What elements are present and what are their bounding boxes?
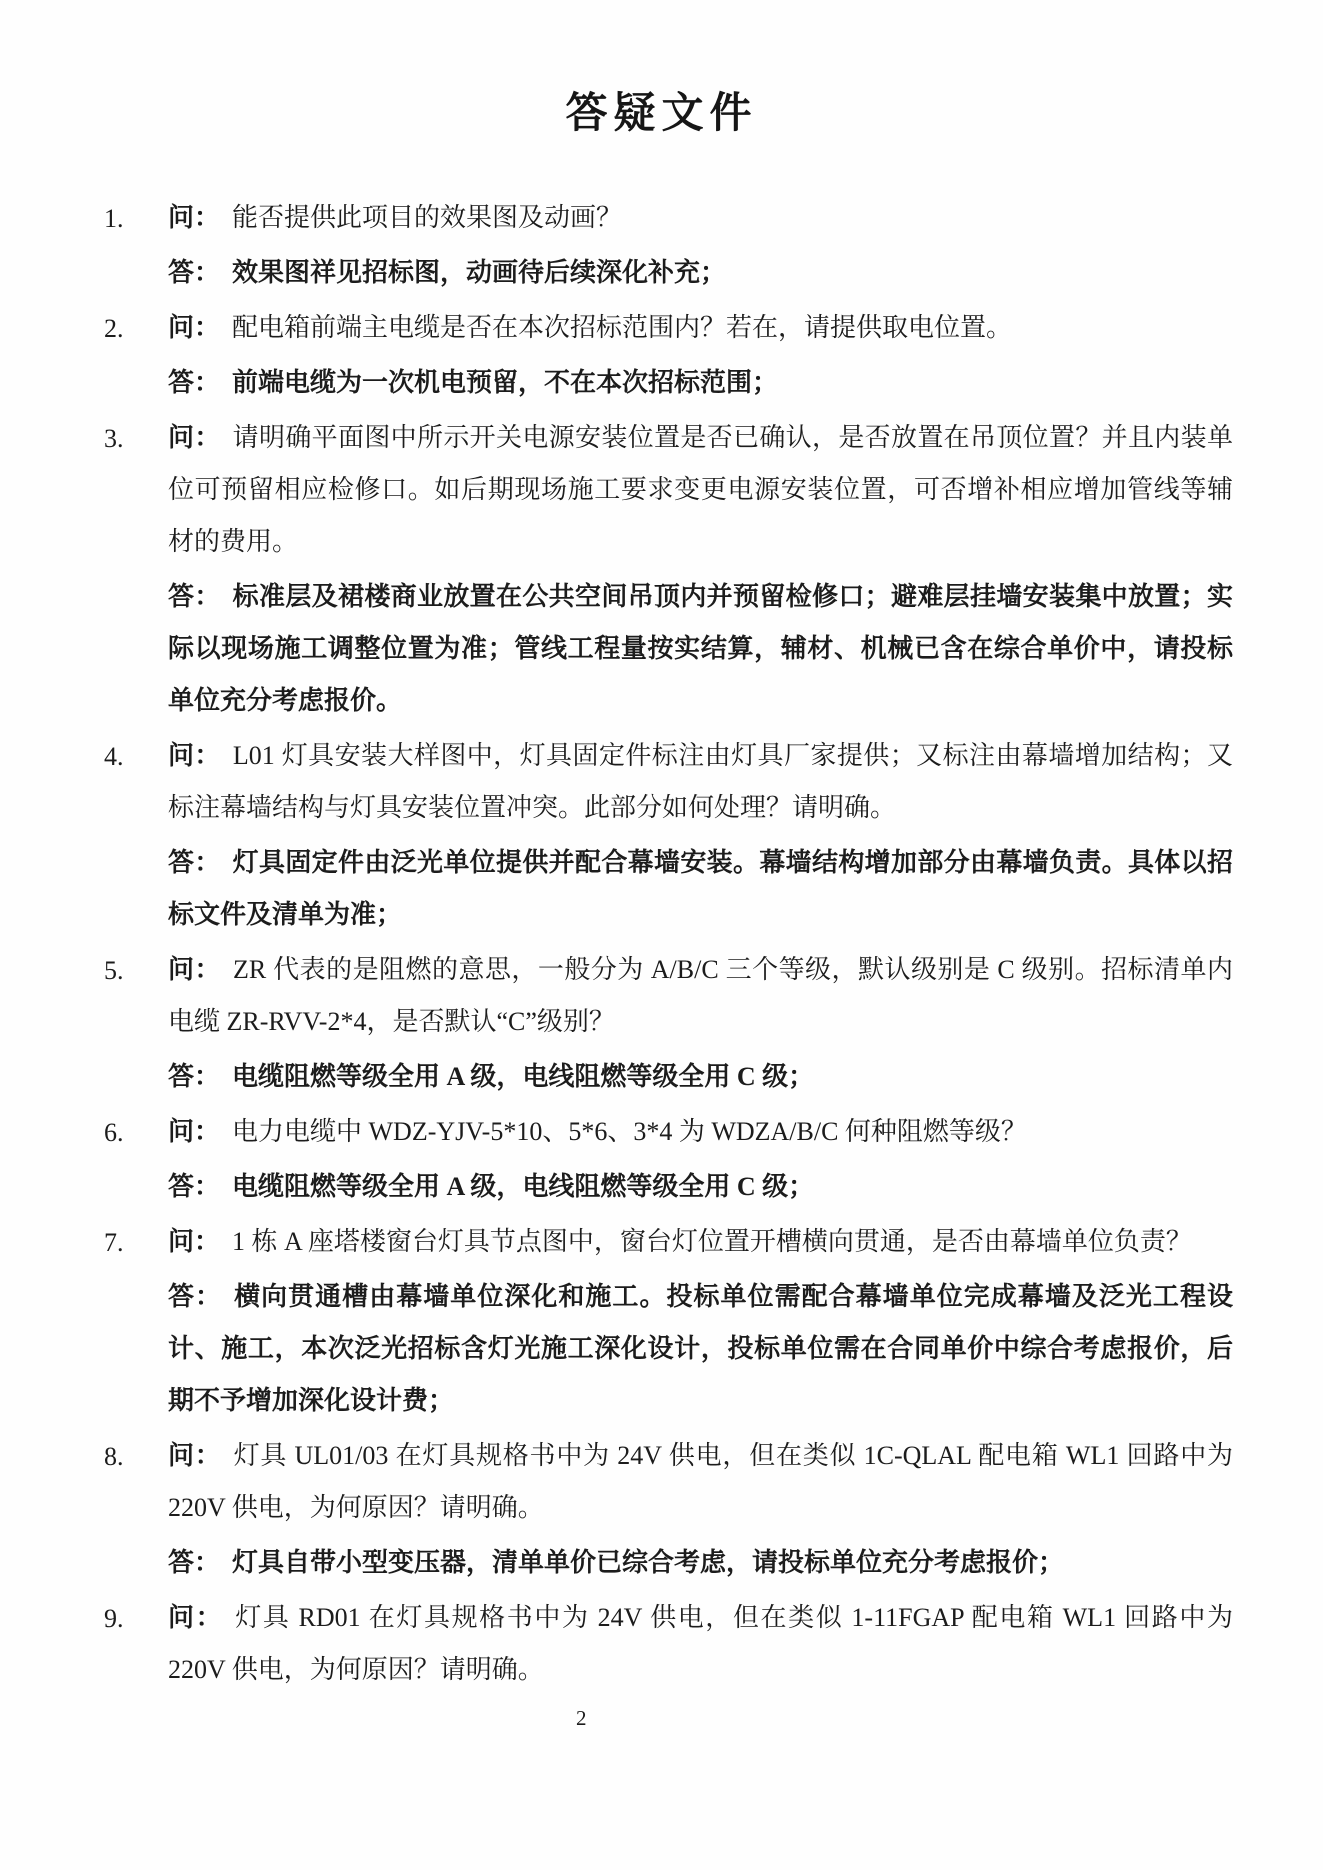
question-paragraph: 问：电力电缆中 WDZ-YJV-5*10、5*6、3*4 为 WDZA/B/C … xyxy=(168,1106,1233,1158)
answer-label: 答： xyxy=(168,368,220,397)
answer-label: 答： xyxy=(168,258,220,287)
page-footer: 2 xyxy=(576,1706,587,1731)
item-number: 1. xyxy=(104,192,168,245)
question-text: 配电箱前端主电缆是否在本次招标范围内？若在，请提供取电位置。 xyxy=(232,313,1012,342)
answer-label: 答： xyxy=(168,1282,222,1311)
question-paragraph: 问：灯具 RD01 在灯具规格书中为 24V 供电，但在类似 1-11FGAP … xyxy=(168,1592,1233,1696)
question-paragraph: 问：请明确平面图中所示开关电源安装位置是否已确认，是否放置在吊顶位置？并且内装单… xyxy=(168,412,1233,568)
answer-text: 前端电缆为一次机电预留，不在本次招标范围； xyxy=(232,368,778,397)
item-number: 2. xyxy=(104,302,168,355)
item-number: 3. xyxy=(104,412,168,465)
qa-item: 5. 问：ZR 代表的是阻燃的意思，一般分为 A/B/C 三个等级，默认级别是 … xyxy=(104,944,1233,1106)
qa-item: 2. 问：配电箱前端主电缆是否在本次招标范围内？若在，请提供取电位置。 答：前端… xyxy=(104,302,1233,412)
question-text: 灯具 RD01 在灯具规格书中为 24V 供电，但在类似 1-11FGAP 配电… xyxy=(168,1603,1233,1684)
item-number: 8. xyxy=(104,1430,168,1483)
question-label: 问： xyxy=(168,313,220,342)
qa-item: 8. 问：灯具 UL01/03 在灯具规格书中为 24V 供电，但在类似 1C-… xyxy=(104,1430,1233,1592)
item-number: 4. xyxy=(104,730,168,783)
question-text: 能否提供此项目的效果图及动画？ xyxy=(232,203,622,232)
item-body: 问：请明确平面图中所示开关电源安装位置是否已确认，是否放置在吊顶位置？并且内装单… xyxy=(168,412,1233,730)
question-text: 请明确平面图中所示开关电源安装位置是否已确认，是否放置在吊顶位置？并且内装单位可… xyxy=(168,423,1233,556)
question-paragraph: 问：L01 灯具安装大样图中，灯具固定件标注由灯具厂家提供；又标注由幕墙增加结构… xyxy=(168,730,1233,834)
question-label: 问： xyxy=(168,955,221,984)
item-body: 问：ZR 代表的是阻燃的意思，一般分为 A/B/C 三个等级，默认级别是 C 级… xyxy=(168,944,1233,1106)
answer-paragraph: 答：电缆阻燃等级全用 A 级，电线阻燃等级全用 C 级； xyxy=(168,1161,1233,1213)
question-label: 问： xyxy=(168,741,221,770)
answer-paragraph: 答：横向贯通槽由幕墙单位深化和施工。投标单位需配合幕墙单位完成幕墙及泛光工程设计… xyxy=(168,1271,1233,1427)
answer-text: 灯具自带小型变压器，清单单价已综合考虑，请投标单位充分考虑报价； xyxy=(232,1548,1064,1577)
answer-paragraph: 答：灯具固定件由泛光单位提供并配合幕墙安装。幕墙结构增加部分由幕墙负责。具体以招… xyxy=(168,837,1233,941)
question-text: 灯具 UL01/03 在灯具规格书中为 24V 供电，但在类似 1C-QLAL … xyxy=(168,1441,1233,1522)
question-text: L01 灯具安装大样图中，灯具固定件标注由灯具厂家提供；又标注由幕墙增加结构；又… xyxy=(168,741,1233,822)
qa-item: 9. 问：灯具 RD01 在灯具规格书中为 24V 供电，但在类似 1-11FG… xyxy=(104,1592,1233,1699)
answer-label: 答： xyxy=(168,1172,220,1201)
document-page: 答疑文件 1. 问：能否提供此项目的效果图及动画？ 答：效果图祥见招标图，动画待… xyxy=(0,0,1323,1870)
answer-text: 标准层及裙楼商业放置在公共空间吊顶内并预留检修口；避难层挂墙安装集中放置；实际以… xyxy=(168,582,1233,715)
qa-item: 4. 问：L01 灯具安装大样图中，灯具固定件标注由灯具厂家提供；又标注由幕墙增… xyxy=(104,730,1233,944)
item-body: 问：灯具 RD01 在灯具规格书中为 24V 供电，但在类似 1-11FGAP … xyxy=(168,1592,1233,1699)
answer-paragraph: 答：前端电缆为一次机电预留，不在本次招标范围； xyxy=(168,357,1233,409)
page-title: 答疑文件 xyxy=(0,80,1323,140)
answer-paragraph: 答：电缆阻燃等级全用 A 级，电线阻燃等级全用 C 级； xyxy=(168,1051,1233,1103)
question-paragraph: 问：能否提供此项目的效果图及动画？ xyxy=(168,192,1233,244)
qa-item: 7. 问：1 栋 A 座塔楼窗台灯具节点图中，窗台灯位置开槽横向贯通，是否由幕墙… xyxy=(104,1216,1233,1430)
item-body: 问：配电箱前端主电缆是否在本次招标范围内？若在，请提供取电位置。 答：前端电缆为… xyxy=(168,302,1233,412)
question-label: 问： xyxy=(168,1117,220,1146)
item-body: 问：L01 灯具安装大样图中，灯具固定件标注由灯具厂家提供；又标注由幕墙增加结构… xyxy=(168,730,1233,944)
item-body: 问：灯具 UL01/03 在灯具规格书中为 24V 供电，但在类似 1C-QLA… xyxy=(168,1430,1233,1592)
answer-paragraph: 答：标准层及裙楼商业放置在公共空间吊顶内并预留检修口；避难层挂墙安装集中放置；实… xyxy=(168,571,1233,727)
question-text: ZR 代表的是阻燃的意思，一般分为 A/B/C 三个等级，默认级别是 C 级别。… xyxy=(168,955,1233,1036)
question-text: 1 栋 A 座塔楼窗台灯具节点图中，窗台灯位置开槽横向贯通，是否由幕墙单位负责？ xyxy=(232,1227,1192,1256)
qa-item: 1. 问：能否提供此项目的效果图及动画？ 答：效果图祥见招标图，动画待后续深化补… xyxy=(104,192,1233,302)
answer-text: 电缆阻燃等级全用 A 级，电线阻燃等级全用 C 级； xyxy=(232,1062,814,1091)
answer-text: 效果图祥见招标图，动画待后续深化补充； xyxy=(232,258,726,287)
question-paragraph: 问：1 栋 A 座塔楼窗台灯具节点图中，窗台灯位置开槽横向贯通，是否由幕墙单位负… xyxy=(168,1216,1233,1268)
answer-text: 电缆阻燃等级全用 A 级，电线阻燃等级全用 C 级； xyxy=(232,1172,814,1201)
item-number: 6. xyxy=(104,1106,168,1159)
question-paragraph: 问：ZR 代表的是阻燃的意思，一般分为 A/B/C 三个等级，默认级别是 C 级… xyxy=(168,944,1233,1048)
answer-label: 答： xyxy=(168,1548,220,1577)
page-number: 2 xyxy=(576,1706,587,1730)
qa-item: 3. 问：请明确平面图中所示开关电源安装位置是否已确认，是否放置在吊顶位置？并且… xyxy=(104,412,1233,730)
qa-list: 1. 问：能否提供此项目的效果图及动画？ 答：效果图祥见招标图，动画待后续深化补… xyxy=(104,192,1233,1699)
item-number: 9. xyxy=(104,1592,168,1645)
question-label: 问： xyxy=(168,1603,223,1632)
item-number: 5. xyxy=(104,944,168,997)
question-paragraph: 问：配电箱前端主电缆是否在本次招标范围内？若在，请提供取电位置。 xyxy=(168,302,1233,354)
answer-label: 答： xyxy=(168,848,221,877)
item-body: 问：电力电缆中 WDZ-YJV-5*10、5*6、3*4 为 WDZA/B/C … xyxy=(168,1106,1233,1216)
item-body: 问：能否提供此项目的效果图及动画？ 答：效果图祥见招标图，动画待后续深化补充； xyxy=(168,192,1233,302)
qa-item: 6. 问：电力电缆中 WDZ-YJV-5*10、5*6、3*4 为 WDZA/B… xyxy=(104,1106,1233,1216)
answer-paragraph: 答：效果图祥见招标图，动画待后续深化补充； xyxy=(168,247,1233,299)
question-paragraph: 问：灯具 UL01/03 在灯具规格书中为 24V 供电，但在类似 1C-QLA… xyxy=(168,1430,1233,1534)
answer-text: 横向贯通槽由幕墙单位深化和施工。投标单位需配合幕墙单位完成幕墙及泛光工程设计、施… xyxy=(168,1282,1233,1415)
question-label: 问： xyxy=(168,1227,220,1256)
question-label: 问： xyxy=(168,1441,222,1470)
item-body: 问：1 栋 A 座塔楼窗台灯具节点图中，窗台灯位置开槽横向贯通，是否由幕墙单位负… xyxy=(168,1216,1233,1430)
answer-label: 答： xyxy=(168,582,221,611)
question-label: 问： xyxy=(168,423,221,452)
answer-label: 答： xyxy=(168,1062,220,1091)
question-label: 问： xyxy=(168,203,220,232)
item-number: 7. xyxy=(104,1216,168,1269)
answer-paragraph: 答：灯具自带小型变压器，清单单价已综合考虑，请投标单位充分考虑报价； xyxy=(168,1537,1233,1589)
question-text: 电力电缆中 WDZ-YJV-5*10、5*6、3*4 为 WDZA/B/C 何种… xyxy=(232,1117,1027,1146)
answer-text: 灯具固定件由泛光单位提供并配合幕墙安装。幕墙结构增加部分由幕墙负责。具体以招标文… xyxy=(168,848,1233,929)
